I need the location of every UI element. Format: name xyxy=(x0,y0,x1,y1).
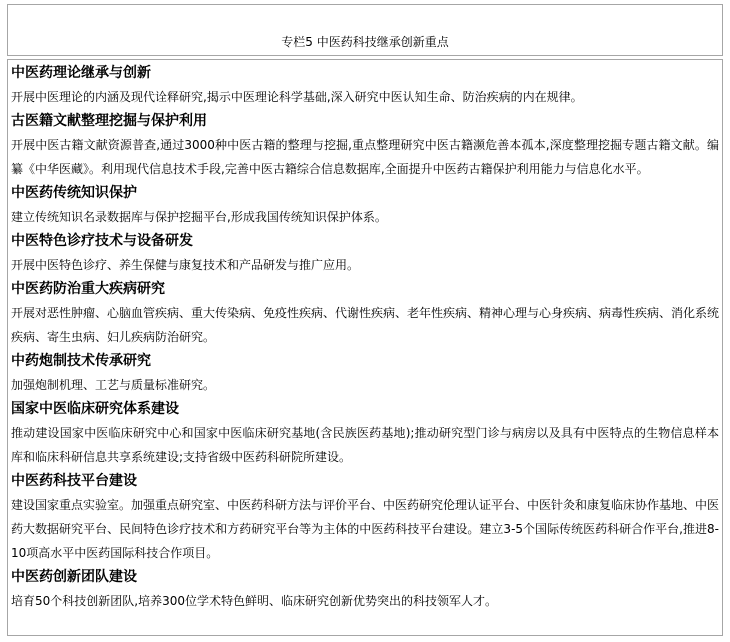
section: 中医药科技平台建设建设国家重点实验室。加强重点研究室、中医药科研方法与评价平台、… xyxy=(11,469,719,565)
section-paragraph: 开展中医古籍文献资源普查,通过3000种中医古籍的整理与挖掘,重点整理研究中医古… xyxy=(11,133,719,181)
section: 中医药理论继承与创新开展中医理论的内涵及现代诠释研究,揭示中医理论科学基础,深入… xyxy=(11,61,719,109)
section-heading: 中医药科技平台建设 xyxy=(11,469,719,493)
section-paragraph: 加强炮制机理、工艺与质量标准研究。 xyxy=(11,373,719,397)
panel-title: 专栏5 中医药科技继承创新重点 xyxy=(281,32,448,52)
section-paragraph: 推动建设国家中医临床研究中心和国家中医临床研究基地(含民族医药基地);推动研究型… xyxy=(11,421,719,469)
panel-title-box: 专栏5 中医药科技继承创新重点 xyxy=(7,4,723,56)
section-heading: 中医特色诊疗技术与设备研发 xyxy=(11,229,719,253)
section-heading: 古医籍文献整理挖掘与保护利用 xyxy=(11,109,719,133)
section-paragraph: 培育50个科技创新团队,培养300位学术特色鲜明、临床研究创新优势突出的科技领军… xyxy=(11,589,719,613)
section: 中医药传统知识保护建立传统知识名录数据库与保护挖掘平台,形成我国传统知识保护体系… xyxy=(11,181,719,229)
section-paragraph: 开展中医特色诊疗、养生保健与康复技术和产品研发与推广应用。 xyxy=(11,253,719,277)
document-page: 专栏5 中医药科技继承创新重点 中医药理论继承与创新开展中医理论的内涵及现代诠释… xyxy=(0,0,730,642)
section: 中医特色诊疗技术与设备研发开展中医特色诊疗、养生保健与康复技术和产品研发与推广应… xyxy=(11,229,719,277)
sections-list: 中医药理论继承与创新开展中医理论的内涵及现代诠释研究,揭示中医理论科学基础,深入… xyxy=(11,61,719,613)
section-heading: 中医药防治重大疾病研究 xyxy=(11,277,719,301)
section-heading: 中医药创新团队建设 xyxy=(11,565,719,589)
section: 中医药创新团队建设培育50个科技创新团队,培养300位学术特色鲜明、临床研究创新… xyxy=(11,565,719,613)
panel-body-box: 中医药理论继承与创新开展中医理论的内涵及现代诠释研究,揭示中医理论科学基础,深入… xyxy=(7,59,723,636)
section-paragraph: 建设国家重点实验室。加强重点研究室、中医药科研方法与评价平台、中医药研究伦理认证… xyxy=(11,493,719,565)
section: 古医籍文献整理挖掘与保护利用开展中医古籍文献资源普查,通过3000种中医古籍的整… xyxy=(11,109,719,181)
section: 中医药防治重大疾病研究开展对恶性肿瘤、心脑血管疾病、重大传染病、免疫性疾病、代谢… xyxy=(11,277,719,349)
section: 中药炮制技术传承研究加强炮制机理、工艺与质量标准研究。 xyxy=(11,349,719,397)
section-heading: 中医药传统知识保护 xyxy=(11,181,719,205)
section-paragraph: 开展对恶性肿瘤、心脑血管疾病、重大传染病、免疫性疾病、代谢性疾病、老年性疾病、精… xyxy=(11,301,719,349)
section-paragraph: 开展中医理论的内涵及现代诠释研究,揭示中医理论科学基础,深入研究中医认知生命、防… xyxy=(11,85,719,109)
section-heading: 中医药理论继承与创新 xyxy=(11,61,719,85)
section: 国家中医临床研究体系建设推动建设国家中医临床研究中心和国家中医临床研究基地(含民… xyxy=(11,397,719,469)
section-heading: 国家中医临床研究体系建设 xyxy=(11,397,719,421)
section-paragraph: 建立传统知识名录数据库与保护挖掘平台,形成我国传统知识保护体系。 xyxy=(11,205,719,229)
section-heading: 中药炮制技术传承研究 xyxy=(11,349,719,373)
